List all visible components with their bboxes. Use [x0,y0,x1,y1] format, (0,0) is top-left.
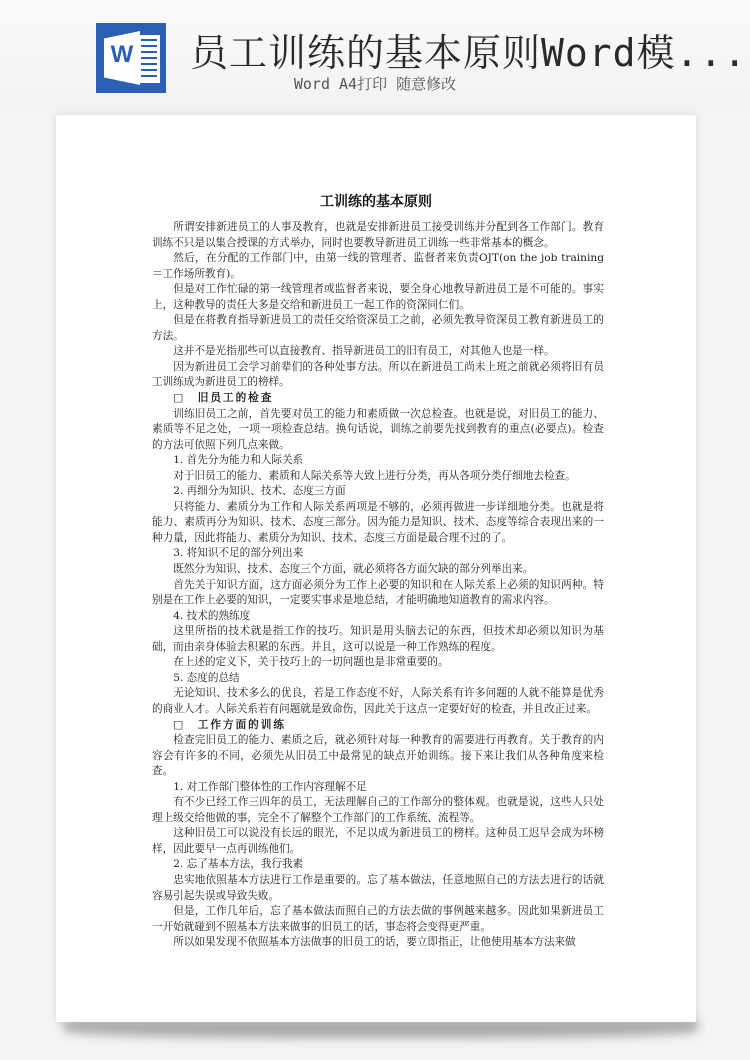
paragraph: 对于旧员工的能力、素质和人际关系等大致上进行分类，再从各项分类仔细地去检查。 [152,469,604,485]
paragraph: 然后，在分配的工作部门中，由第一线的管理者、监督者来负责OJT(on the j… [152,251,604,282]
paragraph: 这并不是光指那些可以直接教育、指导新进员工的旧有员工，对其他人也是一样。 [152,344,604,360]
logo-letter: W [108,41,136,69]
list-heading: 3. 将知识不足的部分列出来 [152,546,604,562]
paragraph: 但是对工作忙碌的第一线管理者或监督者来说，要全身心地教导新进员工是不可能的。事实… [152,282,604,313]
paragraph: 训练旧员工之前，首先要对员工的能力和素质做一次总检查。也就是说，对旧员工的能力、… [152,407,604,454]
paragraph: 在上述的定义下，关于技巧上的一切问题也是非常重要的。 [152,655,604,671]
section-heading: □ 工作方面的训练 [152,718,604,734]
paragraph: 首先关于知识方面，这方面必须分为工作上必要的知识和在人际关系上必须的知识两种。特… [152,578,604,609]
document-title: 工训练的基本原则 [56,191,696,211]
paragraph: 所谓安排新进员工的人事及教育，也就是安排新进员工接受训练并分配到各工作部门。教育… [152,220,604,251]
list-heading: 1. 对工作部门整体性的工作内容理解不足 [152,780,604,796]
document-page: 工训练的基本原则 所谓安排新进员工的人事及教育，也就是安排新进员工接受训练并分配… [56,115,696,1022]
paragraph: 既然分为知识、技术、态度三个方面，就必须将各方面欠缺的部分列举出来。 [152,562,604,578]
paragraph: 检查完旧员工的能力、素质之后，就必须针对每一种教育的需要进行再教育。关于教育的内… [152,733,604,780]
paragraph: 只将能力、素质分为工作和人际关系两项是不够的，必须再做进一步详细地分类。也就是将… [152,500,604,547]
page-shadow [64,1020,698,1038]
paragraph: 所以如果发现不依照基本方法做事的旧员工的话，要立即指正，让他使用基本方法来做 [152,935,604,951]
paragraph: 忠实地依照基本方法进行工作是重要的。忘了基本做法，任意地照自己的方法去进行的话就… [152,873,604,904]
list-heading: 2. 忘了基本方法，我行我素 [152,857,604,873]
page-subtitle: Word A4打印 随意修改 [0,73,750,94]
paragraph: 这种旧员工可以说没有长远的眼光，不足以成为新进员工的榜样。这种员工迟早会成为坏榜… [152,826,604,857]
page-title: 员工训练的基本原则Word模... [190,22,747,77]
header: W 员工训练的基本原则Word模... Word A4打印 随意修改 [0,0,750,110]
paragraph: 有不少已经工作三四年的员工，无法理解自己的工作部分的整体观。也就是说，这些人只处… [152,795,604,826]
list-heading: 5. 态度的总结 [152,671,604,687]
list-heading: 2. 再细分为知识、技术、态度三方面 [152,484,604,500]
paragraph: 但是，工作几年后，忘了基本做法而照自己的方法去做的事例越来越多。因此如果新进员工… [152,904,604,935]
paragraph: 无论知识、技术多么的优良，若是工作态度不好，人际关系有许多问题的人就不能算是优秀… [152,686,604,717]
section-heading: □ 旧员工的检查 [152,391,604,407]
list-heading: 4. 技术的熟练度 [152,609,604,625]
paragraph: 但是在将教育指导新进员工的责任交给资深员工之前，必须先教导资深员工教育新进员工的… [152,313,604,344]
paragraph: 这里所指的技术就是指工作的技巧。知识是用头脑去记的东西，但技术却必须以知识为基础… [152,624,604,655]
list-heading: 1. 首先分为能力和人际关系 [152,453,604,469]
paragraph: 因为新进员工会学习前辈们的各种处事方法。所以在新进员工尚未上班之前就必须将旧有员… [152,360,604,391]
document-body: 所谓安排新进员工的人事及教育，也就是安排新进员工接受训练并分配到各工作部门。教育… [152,220,604,951]
